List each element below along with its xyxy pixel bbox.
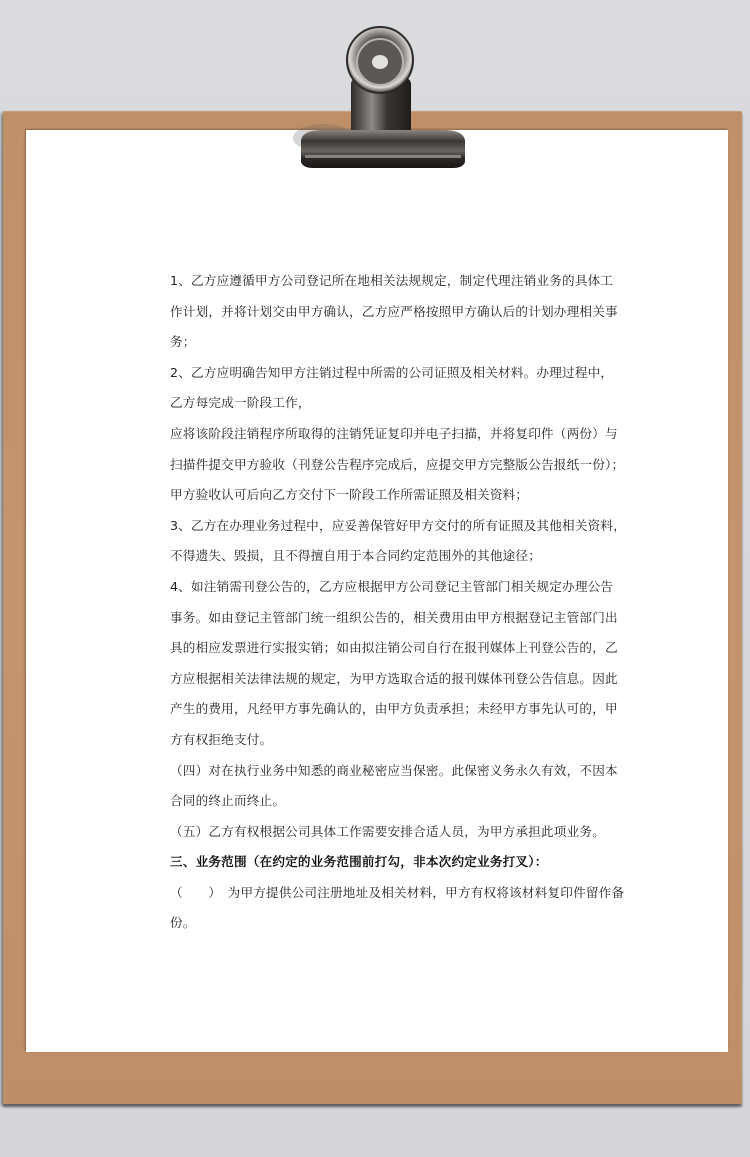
clause-4-line-1: 4、如注销需刊登公告的，乙方应根据甲方公司登记主管部门相关规定办理公告 — [170, 572, 590, 603]
clause-2-line-2: 乙方每完成一阶段工作， — [170, 388, 590, 419]
section-5-line: （五）乙方有权根据公司具体工作需要安排合适人员，为甲方承担此项业务。 — [170, 817, 590, 848]
section-4-line-1: （四）对在执行业务中知悉的商业秘密应当保密。此保密义务永久有效，不因本 — [170, 756, 590, 787]
clause-1-line-2: 作计划，并将计划交由甲方确认，乙方应严格按照甲方确认后的计划办理相关事 — [170, 297, 590, 328]
clause-2-line-4: 扫描件提交甲方验收（刊登公告程序完成后，应提交甲方完整版公告报纸一份）； — [170, 450, 590, 481]
clause-2-line-3: 应将该阶段注销程序所取得的注销凭证复印并电子扫描，并将复印件（两份）与 — [170, 419, 590, 450]
clause-3-line-2: 不得遗失、毁损，且不得擅自用于本合同约定范围外的其他途径； — [170, 541, 590, 572]
clause-1-line-1: 1、乙方应遵循甲方公司登记所在地相关法规规定，制定代理注销业务的具体工 — [170, 266, 590, 297]
business-scope-heading: 三、业务范围（在约定的业务范围前打勾，非本次约定业务打叉）： — [170, 847, 590, 878]
section-4-line-2: 合同的终止而终止。 — [170, 786, 590, 817]
clause-1-line-3: 务； — [170, 327, 590, 358]
scope-item-1-line-2: 份。 — [170, 908, 590, 939]
clause-4-line-4: 方应根据相关法律法规的规定，为甲方选取合适的报刊媒体刊登公告信息。因此 — [170, 664, 590, 695]
clause-4-line-2: 事务。如由登记主管部门统一组织公告的，相关费用由甲方根据登记主管部门出 — [170, 603, 590, 634]
clause-4-line-5: 产生的费用，凡经甲方事先确认的，由甲方负责承担；未经甲方事先认可的，甲 — [170, 694, 590, 725]
clause-4-line-3: 具的相应发票进行实报实销；如由拟注销公司自行在报刊媒体上刊登公告的，乙 — [170, 633, 590, 664]
binder-clip-icon — [283, 20, 483, 175]
document-body: 1、乙方应遵循甲方公司登记所在地相关法规规定，制定代理注销业务的具体工 作计划，… — [170, 266, 590, 939]
clause-4-line-6: 方有权拒绝支付。 — [170, 725, 590, 756]
clause-2-line-1: 2、乙方应明确告知甲方注销过程中所需的公司证照及相关材料。办理过程中， — [170, 358, 590, 389]
clause-2-line-5: 甲方验收认可后向乙方交付下一阶段工作所需证照及相关资料； — [170, 480, 590, 511]
scope-item-1-line-1: （ ） 为甲方提供公司注册地址及相关材料，甲方有权将该材料复印件留作备 — [170, 878, 590, 909]
clause-3-line-1: 3、乙方在办理业务过程中，应妥善保管好甲方交付的所有证照及其他相关资料， — [170, 511, 590, 542]
